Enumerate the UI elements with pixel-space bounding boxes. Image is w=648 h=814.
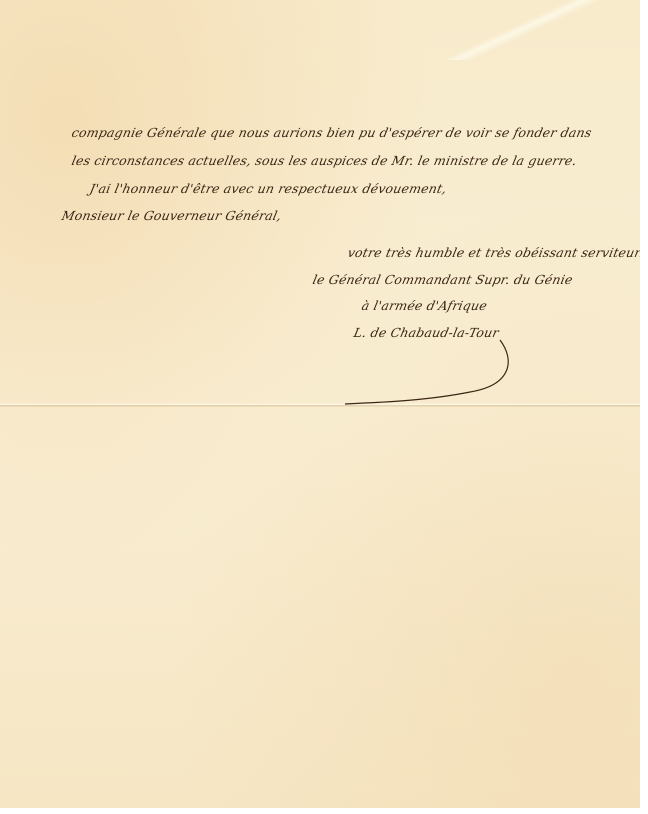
signature-flourish	[0, 0, 640, 420]
letter-page: compagnie Générale que nous aurions bien…	[0, 0, 640, 808]
scan-margin-bottom	[0, 808, 648, 814]
scan-margin-right	[640, 0, 648, 814]
